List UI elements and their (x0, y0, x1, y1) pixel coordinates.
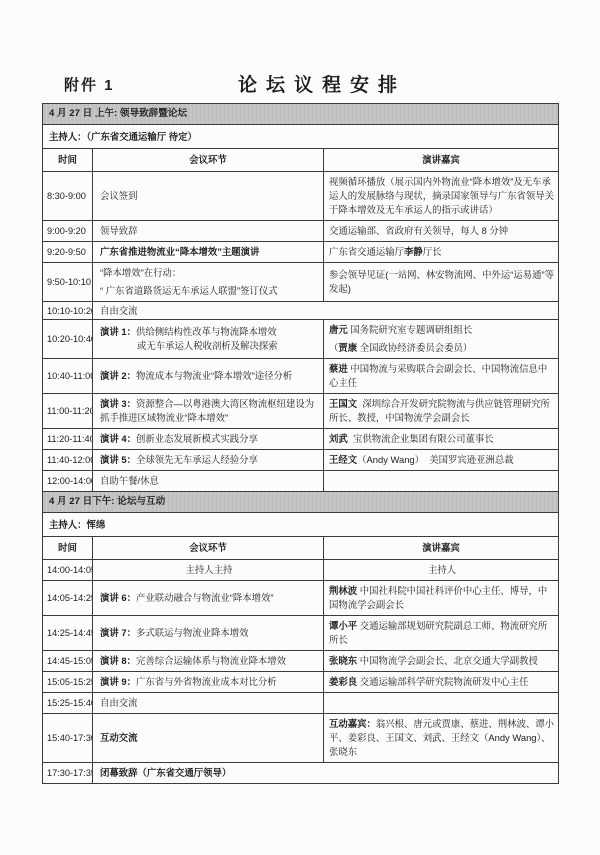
text-segment: 谭小平 (329, 620, 360, 631)
speaker-cell: 刘武 宝供物流企业集团有限公司董事长 (324, 429, 559, 450)
cell-line: 演讲 8：完善综合运输体系与物流业降本增效 (100, 654, 318, 668)
agenda-row: 9:00-9:20领导致辞交通运输部、省政府有关领导，每人 8 分钟 (43, 221, 559, 242)
text-segment: 自助午餐/休息 (100, 475, 159, 486)
col-header-time: 时间 (43, 537, 93, 560)
text-segment: 中国社科院中国社科评价中心主任、博导，中国物流学会副会长 (329, 585, 547, 610)
text-segment: 演讲 4： (100, 433, 136, 444)
time-cell: 8:30-9:00 (43, 172, 93, 221)
col-header-speaker: 演讲嘉宾 (324, 149, 559, 172)
time-cell: 10:20-10:40 (43, 320, 93, 359)
time-cell: 10:40-11:00 (43, 359, 93, 394)
agenda-row: 11:20-11:40演讲 4：创新业态发展新模式实践分享刘武 宝供物流企业集团… (43, 429, 559, 450)
cell-line: 姜彩良 交通运输部科学研究院物流研发中心主任 (329, 675, 555, 689)
text-segment: 演讲 2： (100, 370, 136, 381)
cell-line: 荆林波 中国社科院中国社科评价中心主任、博导，中国物流学会副会长 (329, 584, 555, 612)
section-banner: 4 月 27 日下午: 论坛与互动 (43, 492, 559, 513)
cell-line: 广东省推进物流业“降本增效”主题演讲 (100, 245, 318, 259)
text-segment: 中国物流与采购联合会副会长、中国物流信息中心主任 (329, 363, 547, 388)
time-cell: 11:00-11:20 (43, 394, 93, 429)
session-cell: 自助午餐/休息 (93, 471, 324, 492)
column-header-row: 时间会议环节演讲嘉宾 (43, 149, 559, 172)
cell-line: 自由交流 (100, 304, 553, 318)
cell-line: 唐元 国务院研究室专题调研组组长 (329, 323, 555, 337)
session-cell: 演讲 8：完善综合运输体系与物流业降本增效 (93, 651, 324, 672)
text-segment: 唐元 (329, 324, 350, 335)
cell-line: （贾康 全国政协经济委员会委员） (329, 341, 555, 355)
time-cell: 14:05-14:25 (43, 581, 93, 616)
time-cell: 10:10-10:20 (43, 302, 93, 320)
cell-line: 王经文（Andy Wang） 美国罗宾逊亚洲总裁 (329, 453, 555, 467)
text-segment: 多式联运与物流业降本增效 (136, 627, 249, 638)
cell-line: 演讲 7：多式联运与物流业降本增效 (100, 626, 318, 640)
agenda-row: 15:40-17:30互动交流互动嘉宾：翁兴根、唐元或贾康、蔡进、荆林波、谭小平… (43, 714, 559, 763)
session-cell: 演讲 1：供给侧结构性改革与物流降本增效或无车承运人税收剖析及解决探索 (93, 320, 324, 359)
agenda-row: 14:25-14:45演讲 7：多式联运与物流业降本增效谭小平 交通运输部规划研… (43, 616, 559, 651)
time-cell: 11:20-11:40 (43, 429, 93, 450)
col-header-session: 会议环节 (93, 149, 324, 172)
agenda-row: 12:00-14:00自助午餐/休息 (43, 471, 559, 492)
speaker-cell: 视频循环播放（展示国内外物流业“降本增效”及无车承运人的发展脉络与现状，摘录国家… (324, 172, 559, 221)
section-banner: 4 月 27 日 上午: 领导致辞暨论坛 (43, 104, 559, 125)
text-segment: 交通运输部规划研究院副总工师、物流研究所所长 (329, 620, 547, 645)
session-cell: 演讲 4：创新业态发展新模式实践分享 (93, 429, 324, 450)
cell-line: 主持人 (329, 563, 555, 577)
cell-line: 参会领导见证(一站网、林安物流网、中外运“运易通”等发起) (329, 268, 555, 296)
session-cell: 主持人主持 (93, 560, 324, 581)
text-segment: 广东省推进物流业“降本增效”主题演讲 (100, 246, 259, 257)
agenda-row: 11:00-11:20演讲 3：资源整合—以粤港澳大湾区物流枢纽建设为抓手推进区… (43, 394, 559, 429)
speaker-cell: 王国文 深圳综合开发研究院物流与供应链管理研究所所长、教授，中国物流学会副会长 (324, 394, 559, 429)
agenda-row: 8:30-9:00会议签到视频循环播放（展示国内外物流业“降本增效”及无车承运人… (43, 172, 559, 221)
speaker-cell: 谭小平 交通运输部规划研究院副总工师、物流研究所所长 (324, 616, 559, 651)
text-segment: 产业联动融合与物流业“降本增效” (136, 592, 274, 603)
time-cell: 12:00-14:00 (43, 471, 93, 492)
time-cell: 17:30-17:35 (43, 763, 93, 784)
document-page: 附件 1 论坛议程安排 4 月 27 日 上午: 领导致辞暨论坛主持人：（广东省… (0, 0, 600, 855)
cell-line: 视频循环播放（展示国内外物流业“降本增效”及无车承运人的发展脉络与现状，摘录国家… (329, 175, 555, 217)
time-cell: 14:25-14:45 (43, 616, 93, 651)
text-segment: 完善综合运输体系与物流业降本增效 (136, 655, 286, 666)
text-segment: （Andy Wang） 美国罗宾逊亚洲总裁 (357, 454, 513, 465)
speaker-cell: 荆林波 中国社科院中国社科评价中心主任、博导，中国物流学会副会长 (324, 581, 559, 616)
text-segment: 自由交流 (100, 305, 138, 316)
text-segment: 张晓东 (329, 655, 360, 666)
session-cell: 自由交流 (93, 693, 324, 714)
section-host: 主持人：（广东省交通运输厅 待定） (43, 125, 559, 149)
text-segment: 演讲 3： (100, 398, 136, 409)
cell-line: 主持人主持 (100, 563, 318, 577)
time-cell: 14:00-14:05 (43, 560, 93, 581)
text-segment: “降本增效”在行动： (100, 267, 181, 278)
session-cell: 闭幕致辞（广东省交通厅领导） (93, 763, 559, 784)
text-segment: 主持人 (428, 564, 456, 575)
speaker-cell: 姜彩良 交通运输部科学研究院物流研发中心主任 (324, 672, 559, 693)
time-cell: 15:05-15:25 (43, 672, 93, 693)
text-segment: 领导致辞 (100, 225, 138, 236)
text-segment: 厅长 (423, 246, 442, 257)
column-header-row: 时间会议环节演讲嘉宾 (43, 537, 559, 560)
section-host-row: 主持人：恽绵 (43, 513, 559, 537)
text-segment: 或无车承运人税收剖析及解决探索 (137, 340, 278, 351)
text-segment: 蔡进 (329, 363, 350, 374)
cell-line: 蔡进 中国物流与采购联合会副会长、中国物流信息中心主任 (329, 362, 555, 390)
cell-line: 会议签到 (100, 189, 318, 203)
section-banner-row: 4 月 27 日下午: 论坛与互动 (43, 492, 559, 513)
text-segment: 闭幕致辞（广东省交通厅领导） (100, 767, 231, 778)
cell-line: 演讲 3：资源整合—以粤港澳大湾区物流枢纽建设为抓手推进区域物流业“降本增效” (100, 397, 318, 425)
text-segment: 宝供物流企业集团有限公司董事长 (353, 433, 494, 444)
text-segment: 姜彩良 (329, 676, 360, 687)
session-cell: 广东省推进物流业“降本增效”主题演讲 (93, 242, 324, 263)
text-segment: 全国政协经济委员会委员） (360, 342, 473, 353)
text-segment: 参会领导见证(一站网、林安物流网、中外运“运易通”等发起) (329, 269, 554, 294)
agenda-row: 15:05-15:25演讲 9：广东省与外省物流业成本对比分析姜彩良 交通运输部… (43, 672, 559, 693)
cell-line: 王国文 深圳综合开发研究院物流与供应链管理研究所所长、教授，中国物流学会副会长 (329, 397, 555, 425)
agenda-row: 14:00-14:05主持人主持主持人 (43, 560, 559, 581)
document-header: 附件 1 论坛议程安排 (42, 70, 557, 100)
time-cell: 14:45-15:05 (43, 651, 93, 672)
session-cell: 会议签到 (93, 172, 324, 221)
section-banner-row: 4 月 27 日 上午: 领导致辞暨论坛 (43, 104, 559, 125)
agenda-row: 10:20-10:40演讲 1：供给侧结构性改革与物流降本增效或无车承运人税收剖… (43, 320, 559, 359)
cell-line: “降本增效”在行动： (100, 266, 318, 280)
cell-line: 刘武 宝供物流企业集团有限公司董事长 (329, 432, 555, 446)
time-cell: 15:40-17:30 (43, 714, 93, 763)
speaker-cell: 主持人 (324, 560, 559, 581)
cell-line: 演讲 6：产业联动融合与物流业“降本增效” (100, 591, 318, 605)
col-header-time: 时间 (43, 149, 93, 172)
speaker-cell: 互动嘉宾：翁兴根、唐元或贾康、蔡进、荆林波、谭小平、姜彩良、王国文、刘武、王经文… (324, 714, 559, 763)
section-host: 主持人：恽绵 (43, 513, 559, 537)
session-cell: 演讲 6：产业联动融合与物流业“降本增效” (93, 581, 324, 616)
cell-line: 张晓东 中国物流学会副会长、北京交通大学副教授 (329, 654, 555, 668)
speaker-cell: 交通运输部、省政府有关领导，每人 8 分钟 (324, 221, 559, 242)
speaker-cell: 参会领导见证(一站网、林安物流网、中外运“运易通”等发起) (324, 263, 559, 302)
session-cell: 演讲 7：多式联运与物流业降本增效 (93, 616, 324, 651)
text-segment: 交通运输部、省政府有关领导，每人 8 分钟 (329, 225, 508, 236)
text-segment: 深圳综合开发研究院物流与供应链管理研究所所长、教授，中国物流学会副会长 (329, 398, 550, 423)
session-cell: 领导致辞 (93, 221, 324, 242)
session-cell: 演讲 5：全球领先无车承运人经验分享 (93, 450, 324, 471)
text-segment: 广东省交通运输厅 (329, 246, 404, 257)
agenda-row: 15:25-15:40自由交流 (43, 693, 559, 714)
text-segment: 演讲 5： (100, 454, 136, 465)
text-segment: 演讲 8： (100, 655, 136, 666)
text-segment: 演讲 6： (100, 592, 136, 603)
cell-line: 闭幕致辞（广东省交通厅领导） (100, 766, 553, 780)
text-segment: 李静 (404, 246, 423, 257)
text-segment: 演讲 9： (100, 676, 136, 687)
session-cell: “降本增效”在行动：“ 广东省道路货运无车承运人联盟”签订仪式 (93, 263, 324, 302)
cell-line: 演讲 5：全球领先无车承运人经验分享 (100, 453, 318, 467)
text-segment: 荆林波 (329, 585, 360, 596)
section-host-row: 主持人：（广东省交通运输厅 待定） (43, 125, 559, 149)
page-title: 论坛议程安排 (238, 70, 406, 97)
cell-line: 自由交流 (100, 696, 318, 710)
text-segment: 国务院研究室专题调研组组长 (350, 324, 472, 335)
speaker-cell: 唐元 国务院研究室专题调研组组长（贾康 全国政协经济委员会委员） (324, 320, 559, 359)
speaker-cell (324, 693, 559, 714)
text-segment: 创新业态发展新模式实践分享 (136, 433, 258, 444)
text-segment: 互动嘉宾： (329, 718, 376, 729)
text-segment: 王经文 (329, 454, 357, 465)
session-cell: 互动交流 (93, 714, 324, 763)
text-segment: 王国文 (329, 398, 362, 409)
session-cell: 演讲 2：物流成本与物流业“降本增效”途径分析 (93, 359, 324, 394)
col-header-speaker: 演讲嘉宾 (324, 537, 559, 560)
attachment-label: 附件 1 (64, 74, 115, 95)
agenda-row: 11:40-12:00演讲 5：全球领先无车承运人经验分享王经文（Andy Wa… (43, 450, 559, 471)
text-segment: 广东省与外省物流业成本对比分析 (136, 676, 277, 687)
cell-line: 互动嘉宾：翁兴根、唐元或贾康、蔡进、荆林波、谭小平、姜彩良、王国文、刘武、王经文… (329, 717, 555, 759)
col-header-session: 会议环节 (93, 537, 324, 560)
speaker-cell: 张晓东 中国物流学会副会长、北京交通大学副教授 (324, 651, 559, 672)
text-segment: 贾康 (338, 342, 359, 353)
time-cell: 11:40-12:00 (43, 450, 93, 471)
text-segment: 全球领先无车承运人经验分享 (136, 454, 258, 465)
text-segment: 中国物流学会副会长、北京交通大学副教授 (360, 655, 538, 666)
text-segment: 演讲 7： (100, 627, 136, 638)
cell-line: 演讲 4：创新业态发展新模式实践分享 (100, 432, 318, 446)
text-segment: 物流成本与物流业“降本增效”途径分析 (136, 370, 292, 381)
cell-line: 或无车承运人税收剖析及解决探索 (100, 339, 318, 353)
agenda-table-body: 4 月 27 日 上午: 领导致辞暨论坛主持人：（广东省交通运输厅 待定）时间会… (43, 104, 559, 784)
agenda-row: 9:20-9:50广东省推进物流业“降本增效”主题演讲广东省交通运输厅李静厅长 (43, 242, 559, 263)
cell-line: 演讲 1：供给侧结构性改革与物流降本增效 (100, 325, 318, 339)
agenda-row: 17:30-17:35闭幕致辞（广东省交通厅领导） (43, 763, 559, 784)
text-segment: “ 广东省道路货运无车承运人联盟”签订仪式 (100, 285, 278, 296)
cell-line: 广东省交通运输厅李静厅长 (329, 245, 555, 259)
agenda-row: 10:40-11:00演讲 2：物流成本与物流业“降本增效”途径分析蔡进 中国物… (43, 359, 559, 394)
session-cell: 演讲 3：资源整合—以粤港澳大湾区物流枢纽建设为抓手推进区域物流业“降本增效” (93, 394, 324, 429)
agenda-row: 14:45-15:05演讲 8：完善综合运输体系与物流业降本增效张晓东 中国物流… (43, 651, 559, 672)
cell-line: 领导致辞 (100, 224, 318, 238)
speaker-cell: 王经文（Andy Wang） 美国罗宾逊亚洲总裁 (324, 450, 559, 471)
text-segment: 交通运输部科学研究院物流研发中心主任 (360, 676, 529, 687)
agenda-row: 9:50-10:10“降本增效”在行动：“ 广东省道路货运无车承运人联盟”签订仪… (43, 263, 559, 302)
text-segment: 刘武 (329, 433, 353, 444)
session-cell: 演讲 9：广东省与外省物流业成本对比分析 (93, 672, 324, 693)
cell-line: 谭小平 交通运输部规划研究院副总工师、物流研究所所长 (329, 619, 555, 647)
text-segment: 演讲 1： (100, 326, 136, 337)
cell-line: 演讲 9：广东省与外省物流业成本对比分析 (100, 675, 318, 689)
speaker-cell: 蔡进 中国物流与采购联合会副会长、中国物流信息中心主任 (324, 359, 559, 394)
agenda-row: 14:05-14:25演讲 6：产业联动融合与物流业“降本增效”荆林波 中国社科… (43, 581, 559, 616)
cell-line: 演讲 2：物流成本与物流业“降本增效”途径分析 (100, 369, 318, 383)
session-cell: 自由交流 (93, 302, 559, 320)
cell-line: 交通运输部、省政府有关领导，每人 8 分钟 (329, 224, 555, 238)
text-segment: 主持人主持 (186, 564, 233, 575)
text-segment: 互动交流 (100, 732, 138, 743)
text-segment: 会议签到 (100, 190, 138, 201)
cell-line: “ 广东省道路货运无车承运人联盟”签订仪式 (100, 284, 318, 298)
time-cell: 15:25-15:40 (43, 693, 93, 714)
time-cell: 9:50-10:10 (43, 263, 93, 302)
text-segment: （ (329, 342, 338, 353)
agenda-row: 10:10-10:20自由交流 (43, 302, 559, 320)
cell-line: 互动交流 (100, 731, 318, 745)
speaker-cell: 广东省交通运输厅李静厅长 (324, 242, 559, 263)
text-segment: 供给侧结构性改革与物流降本增效 (136, 326, 277, 337)
text-segment: 视频循环播放（展示国内外物流业“降本增效”及无车承运人的发展脉络与现状，摘录国家… (329, 176, 554, 215)
agenda-table: 4 月 27 日 上午: 领导致辞暨论坛主持人：（广东省交通运输厅 待定）时间会… (42, 103, 559, 784)
cell-line: 自助午餐/休息 (100, 474, 318, 488)
text-segment: 自由交流 (100, 697, 138, 708)
time-cell: 9:20-9:50 (43, 242, 93, 263)
speaker-cell (324, 471, 559, 492)
time-cell: 9:00-9:20 (43, 221, 93, 242)
